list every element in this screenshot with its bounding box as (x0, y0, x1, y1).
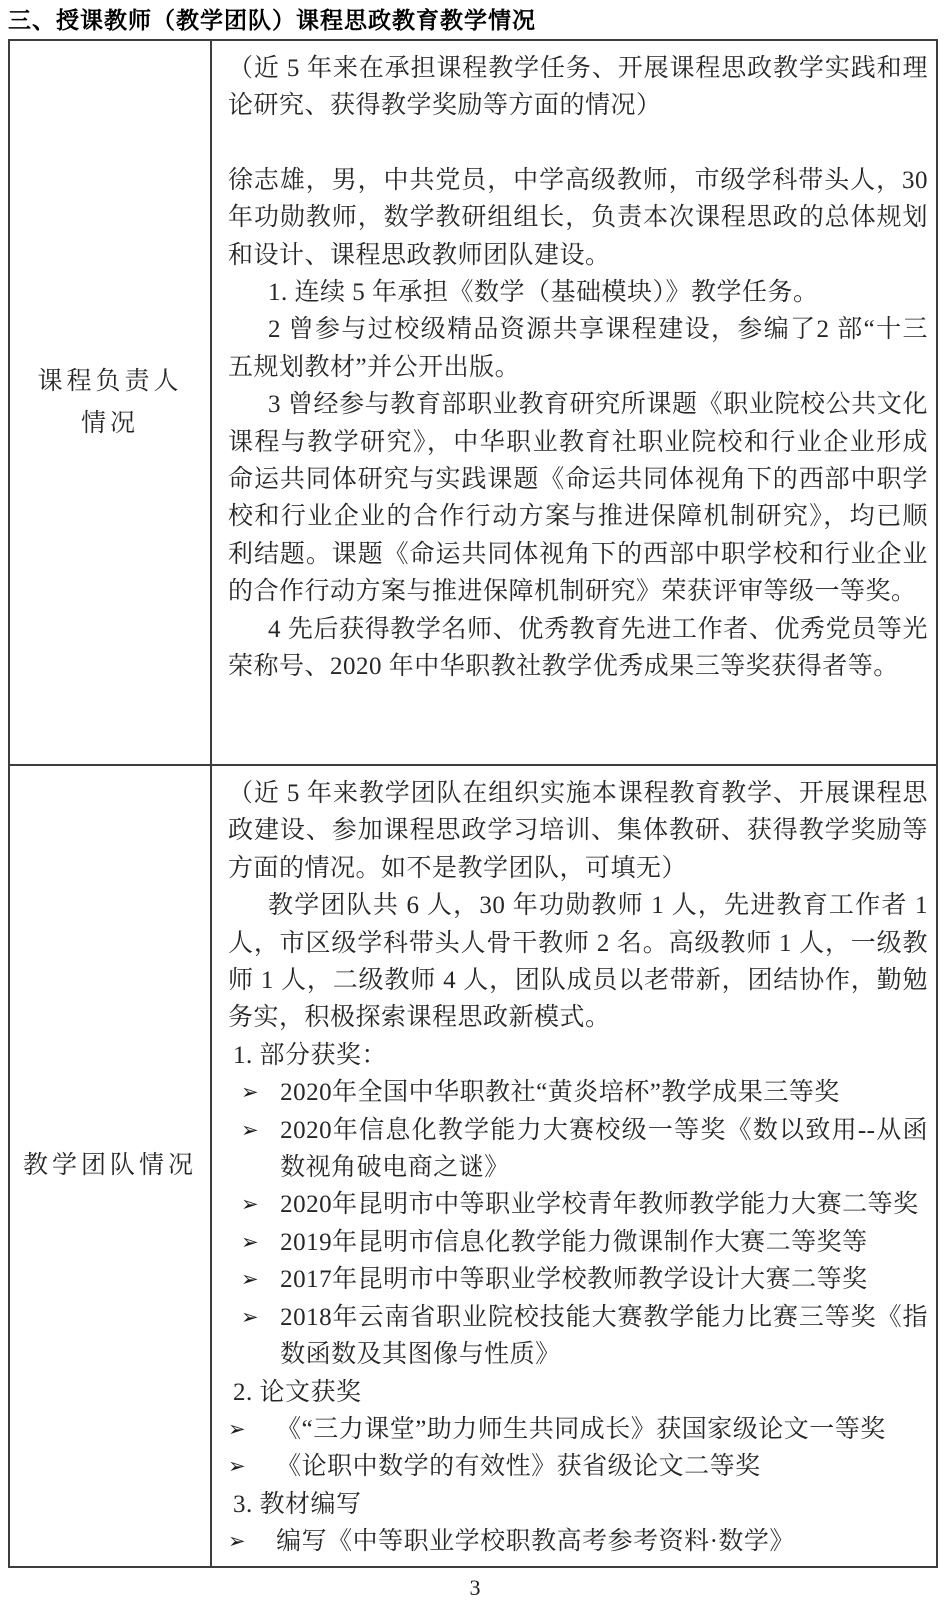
paragraph: 教学团队共 6 人，30 年功勋教师 1 人，先进教育工作者 1 人，市区级学科… (228, 887, 928, 1037)
row-label-text: 情况 (10, 403, 210, 445)
row-label-text: 教学团队情况 (10, 1145, 210, 1187)
award-bullet-item: ➢2020年昆明市中等职业学校青年教师教学能力大赛二等奖 (228, 1186, 928, 1223)
arrow-bullet-icon: ➢ (241, 1186, 259, 1223)
arrow-bullet-icon: ➢ (241, 1074, 259, 1111)
award-bullet-item: ➢2018年云南省职业院校技能大赛教学能力比赛三等奖《指数函数及其图像与性质》 (228, 1299, 928, 1374)
bullet-text: 《论职中数学的有效性》获省级论文二等奖 (276, 1448, 761, 1485)
course-leader-paragraphs: （近 5 年来在承担课程教学任务、开展课程思政教学实践和理论研究、获得教学奖励等… (228, 50, 928, 762)
paragraph: 3 曾经参与教育部职业教育研究所课题《职业院校公共文化课程与教学研究》，中华职业… (228, 386, 928, 610)
award-bullet-item: ➢2020年信息化教学能力大赛校级一等奖《数以致用--从函数视角破电商之谜》 (228, 1112, 928, 1187)
paragraph: 2 曾参与过校级精品资源共享课程建设，参编了2 部“十三五规划教材”并公开出版。 (228, 311, 928, 386)
award-bullet-item: ➢2019年昆明市信息化教学能力微课制作大赛二等奖等 (228, 1224, 928, 1261)
list-section-heading: 3. 教材编写 (228, 1486, 928, 1523)
table-row-teaching-team: 教学团队情况 （近 5 年来教学团队在组织实施本课程教育教学、开展课程思政建设、… (9, 765, 937, 1567)
award-bullet-item: ➢2017年昆明市中等职业学校教师教学设计大赛二等奖 (228, 1261, 928, 1298)
page-number: 3 (0, 1575, 950, 1600)
arrow-bullet-icon: ➢ (241, 1112, 259, 1149)
bullet-text: 编写《中等职业学校职教高考参考资料·数学》 (276, 1523, 795, 1560)
teaching-team-paragraphs: （近 5 年来教学团队在组织实施本课程教育教学、开展课程思政建设、参加课程思政学… (228, 775, 928, 1564)
arrow-bullet-icon: ➢ (228, 1448, 246, 1485)
award-bullet-item: ➢《“三力课堂”助力师生共同成长》获国家级论文一等奖 (228, 1411, 928, 1448)
instruction-note: （近 5 年来教学团队在组织实施本课程教育教学、开展课程思政建设、参加课程思政学… (228, 775, 928, 887)
paragraph: 徐志雄，男，中共党员，中学高级教师，市级学科带头人，30 年功勋教师，数学教研组… (228, 162, 928, 274)
bullet-text: 2020年信息化教学能力大赛校级一等奖《数以致用--从函数视角破电商之谜》 (280, 1112, 928, 1187)
list-section-heading: 1. 部分获奖： (228, 1037, 928, 1074)
bullet-text: 2019年昆明市信息化教学能力微课制作大赛二等奖等 (280, 1224, 868, 1261)
list-section-heading: 2. 论文获奖 (228, 1374, 928, 1411)
arrow-bullet-icon: ➢ (228, 1523, 246, 1560)
bullet-text: 2018年云南省职业院校技能大赛教学能力比赛三等奖《指数函数及其图像与性质》 (280, 1299, 928, 1374)
teaching-team-label: 教学团队情况 (10, 1145, 210, 1187)
bullet-text: 2020年昆明市中等职业学校青年教师教学能力大赛二等奖 (280, 1186, 919, 1223)
paragraph: 1. 连续 5 年承担《数学（基础模块）》教学任务。 (228, 274, 928, 311)
arrow-bullet-icon: ➢ (241, 1224, 259, 1261)
award-bullet-item: ➢2020年全国中华职教社“黄炎培杯”教学成果三等奖 (228, 1074, 928, 1111)
course-leader-content-cell: （近 5 年来在承担课程教学任务、开展课程思政教学实践和理论研究、获得教学奖励等… (211, 40, 937, 765)
section-title: 三、授课教师（教学团队）课程思政教育教学情况 (0, 0, 950, 39)
table-row-course-leader: 课程负责人情况 （近 5 年来在承担课程教学任务、开展课程思政教学实践和理论研究… (9, 40, 937, 765)
arrow-bullet-icon: ➢ (228, 1411, 246, 1448)
award-bullet-item: ➢《论职中数学的有效性》获省级论文二等奖 (228, 1448, 928, 1485)
arrow-bullet-icon: ➢ (241, 1299, 259, 1336)
award-bullet-item: ➢编写《中等职业学校职教高考参考资料·数学》 (228, 1523, 928, 1560)
bullet-text: 2017年昆明市中等职业学校教师教学设计大赛二等奖 (280, 1261, 868, 1298)
instruction-note: （近 5 年来在承担课程教学任务、开展课程思政教学实践和理论研究、获得教学奖励等… (228, 50, 928, 125)
course-leader-label-cell: 课程负责人情况 (9, 40, 211, 765)
arrow-bullet-icon: ➢ (241, 1261, 259, 1298)
blank-line (228, 125, 928, 162)
paragraph: 4 先后获得教学名师、优秀教育先进工作者、优秀党员等光荣称号、2020 年中华职… (228, 611, 928, 686)
document-page: 三、授课教师（教学团队）课程思政教育教学情况 课程负责人情况 （近 5 年来在承… (0, 0, 950, 1600)
bullet-text: 《“三力课堂”助力师生共同成长》获国家级论文一等奖 (276, 1411, 886, 1448)
teaching-team-content-cell: （近 5 年来教学团队在组织实施本课程教育教学、开展课程思政建设、参加课程思政学… (211, 765, 937, 1567)
row-label-text: 课程负责人 (10, 361, 210, 403)
bullet-text: 2020年全国中华职教社“黄炎培杯”教学成果三等奖 (280, 1074, 840, 1111)
teacher-info-table: 课程负责人情况 （近 5 年来在承担课程教学任务、开展课程思政教学实践和理论研究… (8, 39, 938, 1568)
course-leader-label: 课程负责人情况 (10, 361, 210, 445)
teaching-team-label-cell: 教学团队情况 (9, 765, 211, 1567)
